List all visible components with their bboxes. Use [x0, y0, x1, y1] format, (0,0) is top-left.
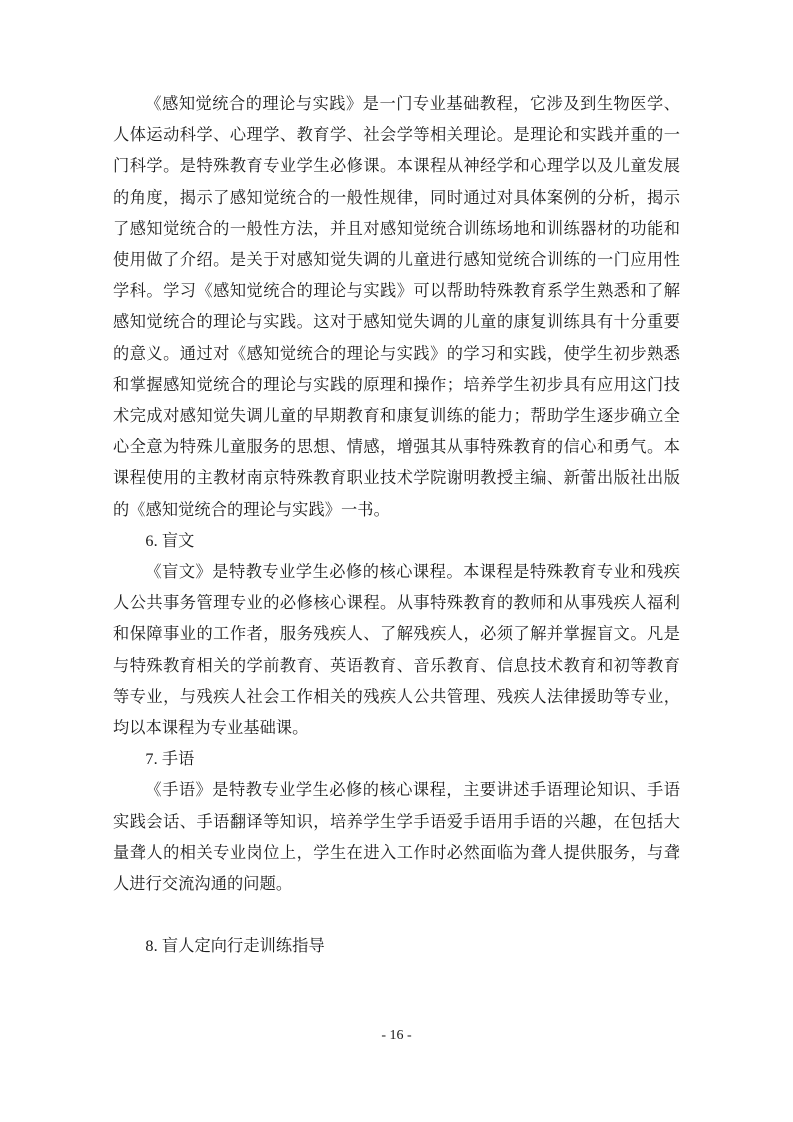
paragraph-sign-language-course: 《手语》是特教专业学生必修的核心课程，主要讲述手语理论知识、手语实践会话、手语翻…	[113, 775, 680, 900]
paragraph-braille-course: 《盲文》是特教专业学生必修的核心课程。本课程是特殊教育专业和残疾人公共事务管理专…	[113, 557, 680, 744]
heading-item-8-orientation-mobility: 8. 盲人定向行走训练指导	[113, 931, 680, 962]
paragraph-sensory-integration-course: 《感知觉统合的理论与实践》是一门专业基础教程，它涉及到生物医学、人体运动科学、心…	[113, 89, 680, 526]
blank-line	[113, 900, 680, 931]
heading-item-7-sign-language: 7. 手语	[113, 744, 680, 775]
page-body-text: 《感知觉统合的理论与实践》是一门专业基础教程，它涉及到生物医学、人体运动科学、心…	[113, 89, 680, 963]
page-number: - 16 -	[0, 1026, 793, 1046]
heading-item-6-braille: 6. 盲文	[113, 526, 680, 557]
document-page: 《感知觉统合的理论与实践》是一门专业基础教程，它涉及到生物医学、人体运动科学、心…	[0, 0, 793, 1122]
